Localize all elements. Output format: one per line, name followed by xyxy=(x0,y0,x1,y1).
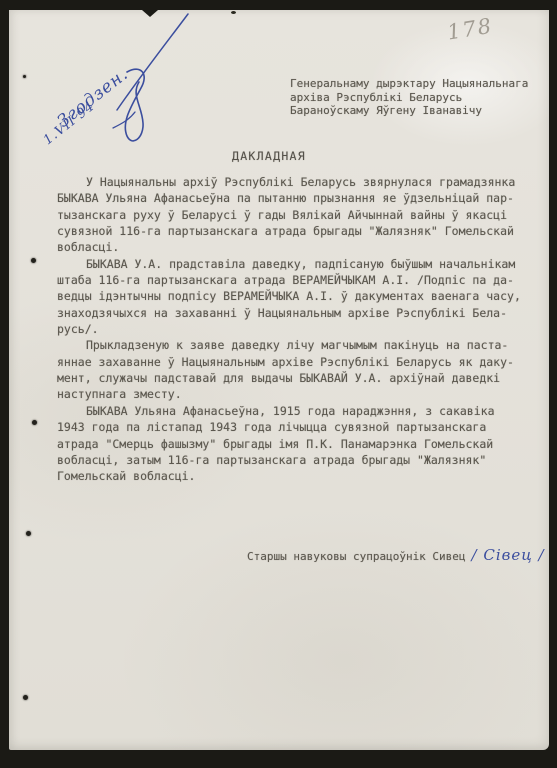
body-line: ведцы ідэнтычны подпісу ВЕРАМЕЙЧЫКА А.І.… xyxy=(57,288,527,304)
signoff-typed: Старшы навуковы супрацоўнік Сивец xyxy=(247,550,466,563)
paragraph: Прыкладзеную к заяве даведку лічу магчым… xyxy=(57,337,527,402)
body-line: мент, служачы падставай для выдачы БЫКАВ… xyxy=(57,370,527,386)
body-line: наступнага зместу. xyxy=(57,386,527,402)
handwritten-signature: / Сівец / xyxy=(472,546,545,564)
recipient-block: Генеральнаму дырэктару Нацыянальнага арх… xyxy=(290,77,528,118)
document-title: ДАКЛАДНАЯ xyxy=(9,149,529,163)
body-line: вобласці, затым 116-га партызанскага атр… xyxy=(57,452,527,468)
body-line: БЫКАВА У.А. прадставіла даведку, падпіса… xyxy=(57,256,527,272)
body-line: 1943 года па лістапад 1943 года лічыцца … xyxy=(57,419,527,435)
body-line: знаходзячыхся на захаванні ў Нацыянальны… xyxy=(57,305,527,321)
body-line: яннае захаванне ў Нацыянальным архіве Рэ… xyxy=(57,354,527,370)
body-line: русь/. xyxy=(57,321,527,337)
scanned-archive-page: { "document": { "folio_number": "178", "… xyxy=(0,0,557,768)
paper-edge-tear xyxy=(142,10,158,17)
signoff-line: Старшы навуковы супрацоўнік Сивец/ Сівец… xyxy=(247,546,545,564)
folio-number: 178 xyxy=(445,11,508,44)
paragraph: БЫКАВА Ульяна Афанасьеўна, 1915 года нар… xyxy=(57,403,527,485)
body-line: Прыкладзеную к заяве даведку лічу магчым… xyxy=(57,337,527,353)
body-line: сувязной 116-га партызанскага атрада бры… xyxy=(57,223,527,239)
punch-hole xyxy=(23,75,26,78)
body-line: вобласці. xyxy=(57,239,527,255)
punch-hole xyxy=(26,531,31,536)
paper-speck xyxy=(231,11,236,14)
body-line: БЫКАВА Ульяна Афанасьеўна па пытанню пры… xyxy=(57,190,527,206)
recipient-line: Генеральнаму дырэктару Нацыянальнага xyxy=(290,77,528,91)
document-paper: 178 Згодзен. 1.VII 94 Генеральнаму дырэк… xyxy=(9,10,549,750)
paragraph: БЫКАВА У.А. прадставіла даведку, падпіса… xyxy=(57,256,527,338)
recipient-line: архіва Рэспублікі Беларусь xyxy=(290,91,528,105)
recipient-line: Бараноўскаму Яўгену Іванавічу xyxy=(290,104,528,118)
body-line: тызанскага руху ў Беларусі ў гады Вяліка… xyxy=(57,207,527,223)
punch-hole xyxy=(31,258,36,263)
body-line: БЫКАВА Ульяна Афанасьеўна, 1915 года нар… xyxy=(57,403,527,419)
document-body: У Нацыянальны архіў Рэспублікі Беларусь … xyxy=(57,174,527,485)
body-line: У Нацыянальны архіў Рэспублікі Беларусь … xyxy=(57,174,527,190)
punch-hole xyxy=(23,695,28,700)
body-line: штаба 116-га партызанскага атрада ВЕРАМЕ… xyxy=(57,272,527,288)
punch-hole xyxy=(32,420,37,425)
paragraph: У Нацыянальны архіў Рэспублікі Беларусь … xyxy=(57,174,527,256)
body-line: атрада "Смерць фашызму" брыгады імя П.К.… xyxy=(57,436,527,452)
body-line: Гомельскай вобласці. xyxy=(57,468,527,484)
